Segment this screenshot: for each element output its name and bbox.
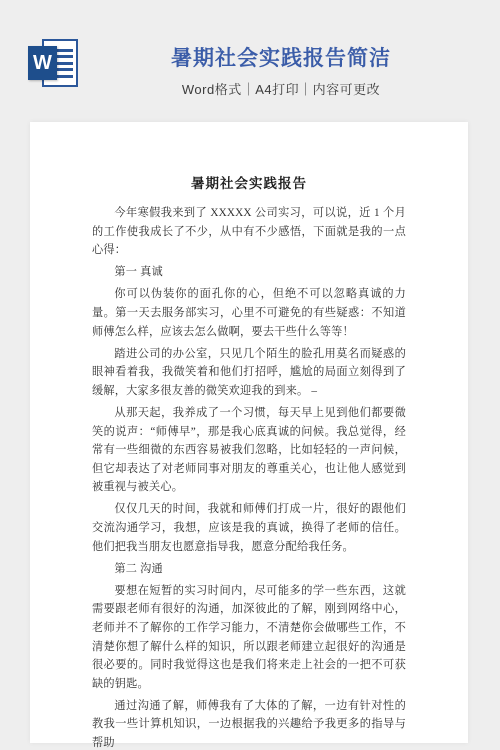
document-paragraph: 要想在短暂的实习时间内，尽可能多的学一些东西，这就需要跟老师有很好的沟通，加深彼… xyxy=(92,582,406,694)
document-paragraph: 你可以伪装你的面孔你的心，但绝不可以忽略真诚的力量。第一天去服务部实习，心里不可… xyxy=(92,285,406,341)
document-paragraph: 通过沟通了解，师傅我有了大体的了解，一边有针对性的教我一些计算机知识，一边根据我… xyxy=(92,697,406,750)
document-title: 暑期社会实践报告 xyxy=(92,172,406,192)
header: W 暑期社会实践报告简洁 Word格式｜A4打印｜内容可更改 xyxy=(0,0,500,122)
header-text-block: 暑期社会实践报告简洁 Word格式｜A4打印｜内容可更改 xyxy=(62,0,500,122)
page-title: 暑期社会实践报告简洁 xyxy=(62,42,500,72)
document-paragraph: 今年寒假我来到了 XXXXX 公司实习，可以说，近 1 个月的工作使我成长了不少… xyxy=(92,204,406,260)
document-paragraph: 仅仅几天的时间，我就和师傅们打成一片，很好的跟他们交流沟通学习，我想，应该是我的… xyxy=(92,500,406,556)
document-heading: 第二 沟通 xyxy=(92,560,406,579)
document-paragraph: 踏进公司的办公室，只见几个陌生的脸孔用莫名而疑惑的眼神看着我，我微笑着和他们打招… xyxy=(92,345,406,401)
format-subtitle: Word格式｜A4打印｜内容可更改 xyxy=(62,79,500,98)
document-paragraph: 从那天起，我养成了一个习惯，每天早上见到他们都要微笑的说声：“师傅早”，那是我心… xyxy=(92,404,406,497)
document-preview: 暑期社会实践报告 今年寒假我来到了 XXXXX 公司实习，可以说，近 1 个月的… xyxy=(30,122,468,743)
document-heading: 第一 真诚 xyxy=(92,263,406,282)
word-icon-letter: W xyxy=(28,46,57,80)
